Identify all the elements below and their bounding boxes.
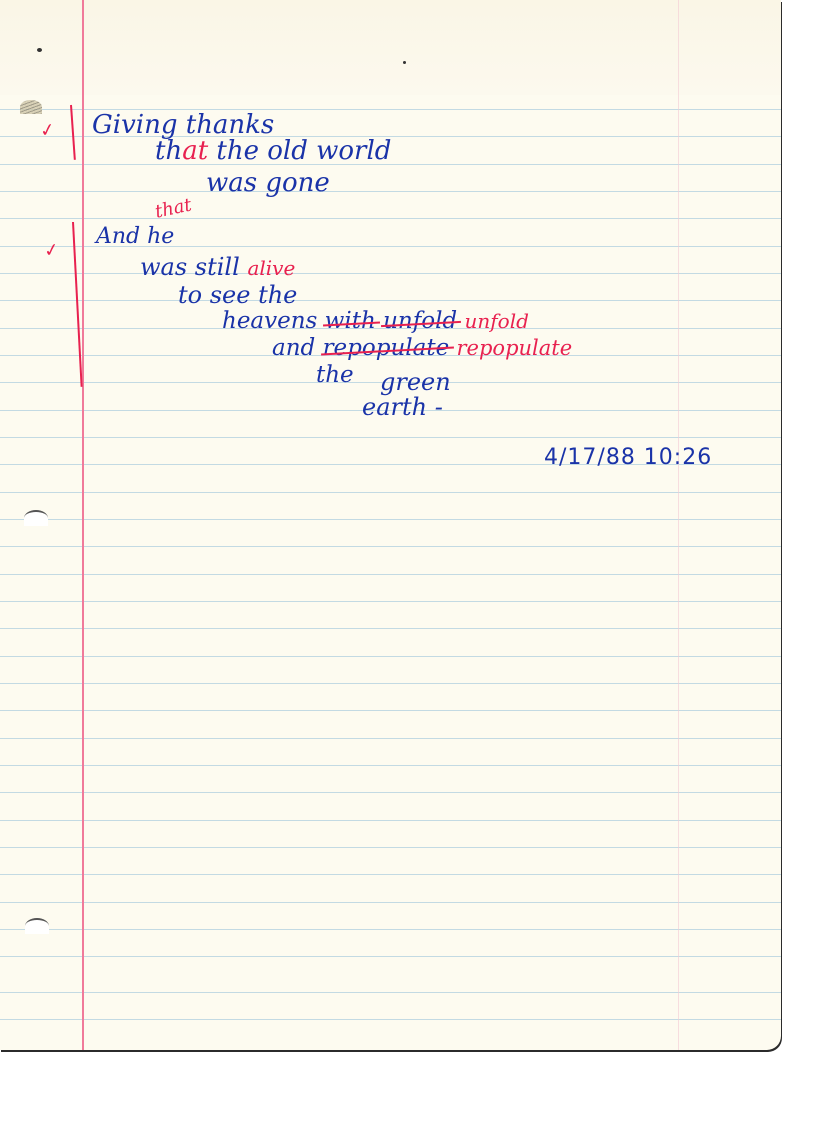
- inserted-word: at: [182, 136, 208, 166]
- word: And: [96, 224, 140, 249]
- punch-hole-middle: [24, 510, 48, 526]
- poem-line: to see the: [178, 283, 297, 307]
- ruled-line: [0, 191, 781, 192]
- margin-line-bleedthrough: [678, 0, 679, 1050]
- poem-line: was still alive: [140, 255, 295, 279]
- punch-hole-bottom: [25, 918, 49, 934]
- word: he: [147, 224, 174, 249]
- notebook-page: ✓ ✓ Giving thanks that the old world was…: [0, 0, 781, 1050]
- ruled-line: [0, 519, 781, 520]
- word: heavens: [222, 308, 317, 334]
- timestamp: 4/17/88 10:26: [544, 447, 712, 469]
- ruled-line: [0, 683, 781, 684]
- poem-line: Giving thanks: [92, 112, 274, 138]
- ruled-line: [0, 492, 781, 493]
- word: th: [155, 136, 182, 166]
- ruled-line: [0, 710, 781, 711]
- checkmark-icon: ✓: [38, 119, 57, 142]
- poem-line: green: [380, 370, 451, 394]
- word: and: [272, 335, 315, 361]
- inserted-word: unfold: [464, 309, 528, 333]
- ruled-line: [0, 874, 781, 875]
- ruled-line: [0, 437, 781, 438]
- word: was still: [140, 253, 240, 281]
- paper-top-shade: [0, 0, 781, 95]
- poem-line: and repopulate repopulate: [272, 337, 572, 360]
- ruled-line: [0, 820, 781, 821]
- ruled-line: [0, 792, 781, 793]
- struck-word: repopulate: [323, 337, 450, 360]
- ruled-line: [0, 738, 781, 739]
- punch-hole-top: [20, 100, 42, 114]
- poem-line: earth -: [362, 395, 443, 419]
- ink-speck: [37, 48, 42, 52]
- word: the old world: [216, 136, 391, 166]
- ruled-line: [0, 218, 781, 219]
- struck-word: with: [325, 310, 376, 333]
- ruled-line: [0, 992, 781, 993]
- inserted-word: repopulate: [457, 336, 573, 360]
- ruled-line: [0, 1019, 781, 1020]
- ruled-line: [0, 628, 781, 629]
- margin-bracket: [70, 105, 76, 160]
- ruled-line: [0, 929, 781, 930]
- margin-line: [82, 0, 84, 1050]
- ruled-line: [0, 300, 781, 301]
- ruled-line: [0, 601, 781, 602]
- ruled-line: [0, 546, 781, 547]
- ruled-line: [0, 847, 781, 848]
- poem-line: that the old world: [155, 138, 391, 164]
- ruled-line: [0, 902, 781, 903]
- checkmark-icon: ✓: [42, 239, 61, 262]
- ink-speck: [403, 61, 406, 64]
- poem-line: And he: [96, 226, 174, 248]
- struck-word: unfold: [383, 310, 457, 333]
- ruled-line: [0, 574, 781, 575]
- ruled-line: [0, 273, 781, 274]
- poem-line: heavens with unfold unfold: [222, 310, 529, 333]
- ruled-line: [0, 956, 781, 957]
- inserted-word: alive: [247, 256, 295, 280]
- poem-line: was gone: [206, 170, 330, 196]
- ruled-line: [0, 656, 781, 657]
- poem-line: the: [316, 364, 354, 387]
- ruled-line: [0, 765, 781, 766]
